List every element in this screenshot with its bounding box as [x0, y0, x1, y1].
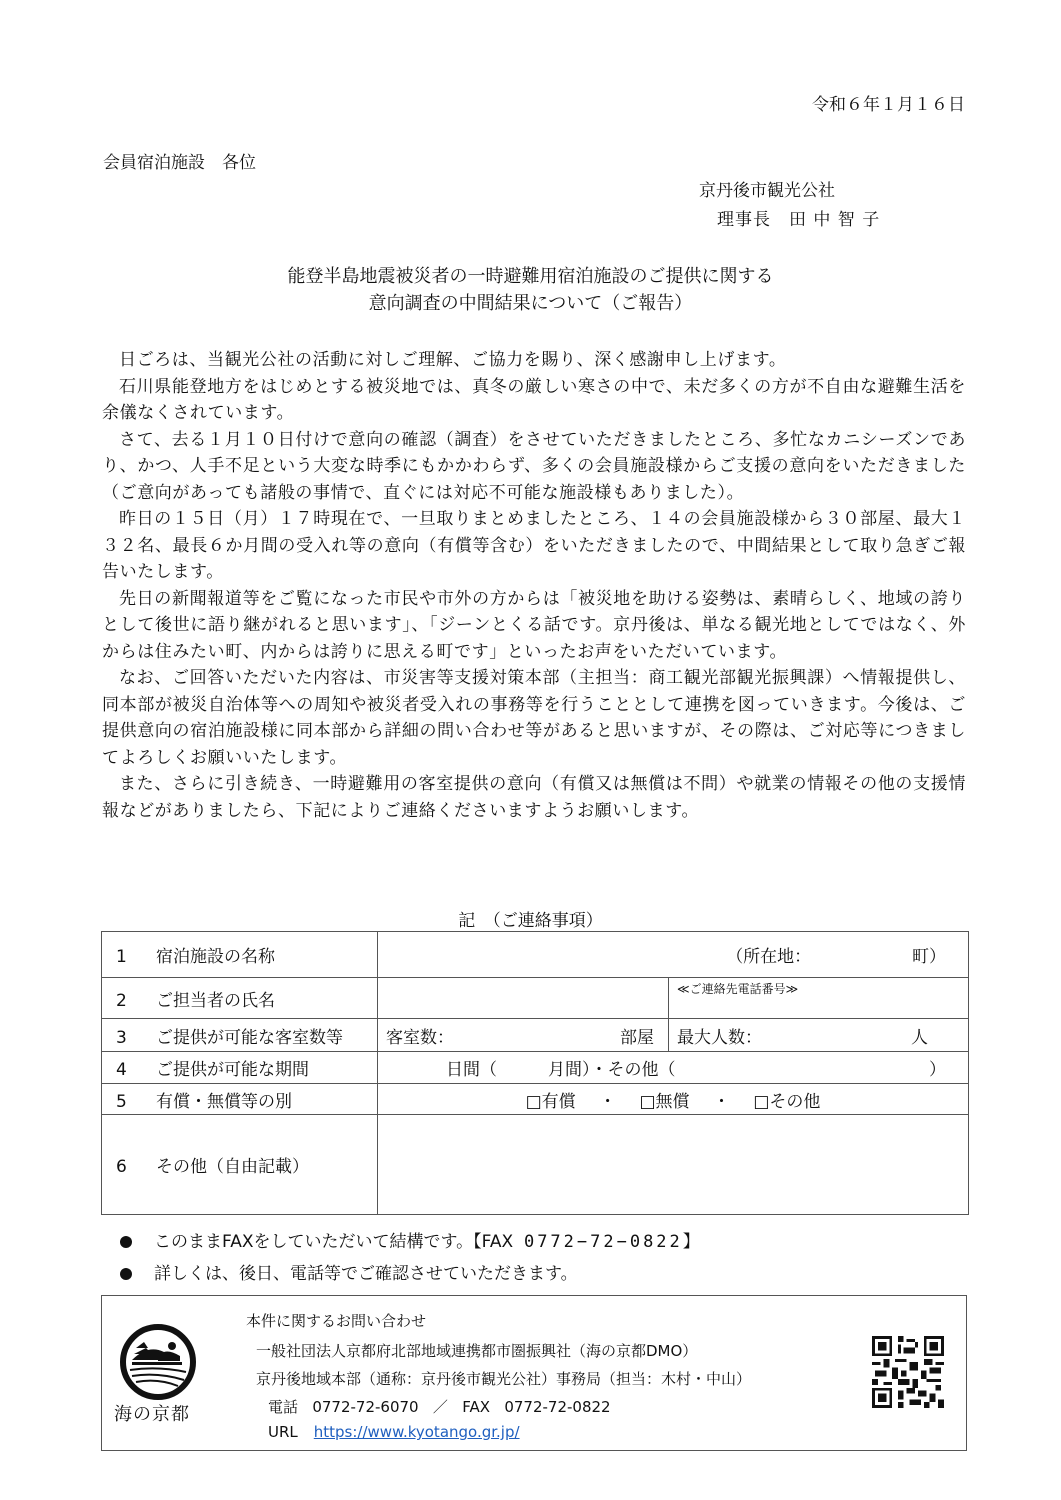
facility-name-field[interactable]: （所在地： 町）: [378, 932, 969, 978]
max-people-unit: 人: [911, 1023, 928, 1048]
period-close: ）: [929, 1055, 946, 1080]
free-text-field[interactable]: [378, 1115, 969, 1215]
fax-note: このままFAXをしていただいて結構です。【FAX 0772−72−0822】: [120, 1227, 703, 1252]
body-paragraph: また、さらに引き続き、一時避難用の客室提供の意向（有償又は無償は不問）や就業の情…: [102, 771, 966, 824]
record-heading: 記 （ご連絡事項）: [0, 906, 1061, 931]
fax-label: FAX: [462, 1398, 490, 1416]
row-label: 宿泊施設の名称: [156, 947, 275, 967]
period-text: 日間（ 月間）・その他（: [446, 1055, 676, 1080]
row-number: 5: [110, 1092, 156, 1112]
rooms-label: 客室数：: [386, 1023, 454, 1048]
option-other-checkbox[interactable]: □その他: [753, 1092, 820, 1112]
form-row-other: 6その他（自由記載）: [102, 1115, 969, 1215]
body-paragraph: 先日の新聞報道等をご覧になった市民や市外の方からは「被災地を助ける姿勢は、素晴ら…: [102, 586, 966, 666]
sender-organization: 京丹後市観光公社: [699, 176, 835, 201]
umi-no-kyoto-logo-icon: [118, 1322, 198, 1402]
rooms-field[interactable]: 客室数：部屋: [378, 1019, 669, 1052]
row-label: ご提供が可能な期間: [156, 1060, 309, 1080]
document-title-line-2: 意向調査の中間結果について（ご報告）: [0, 289, 1061, 315]
row-label: 有償・無償等の別: [156, 1092, 292, 1112]
fax-number: 0772-72-0822: [504, 1398, 610, 1416]
row-number: 1: [110, 947, 156, 967]
contact-heading: 本件に関するお問い合わせ: [246, 1310, 426, 1331]
phone-number-field[interactable]: ≪ご連絡先電話番号≫: [669, 978, 969, 1019]
location-label: （所在地：: [726, 947, 811, 967]
separator: ・: [599, 1092, 616, 1112]
contact-form-table: 1宿泊施設の名称 （所在地： 町） 2ご担当者の氏名 ≪ご連絡先電話番号≫ 3ご…: [101, 931, 969, 1215]
form-row-contact-person: 2ご担当者の氏名 ≪ご連絡先電話番号≫: [102, 978, 969, 1019]
phone-label: 電話: [268, 1398, 298, 1416]
divider: ／: [433, 1398, 448, 1416]
contact-info-box: 海の京都 本件に関するお問い合わせ 一般社団法人京都府北部地域連携都市圏振興社（…: [101, 1295, 967, 1451]
body-paragraph: 日ごろは、当観光公社の活動に対しご理解、ご協力を賜り、深く感謝申し上げます。: [102, 347, 966, 374]
bullet-icon: [120, 1236, 132, 1248]
url-label: URL: [268, 1423, 298, 1441]
document-title-line-1: 能登半島地震被災者の一時避難用宿泊施設のご提供に関する: [0, 262, 1061, 288]
phone-number: 0772-72-6070: [312, 1398, 418, 1416]
document-body: 日ごろは、当観光公社の活動に対しご理解、ご協力を賜り、深く感謝申し上げます。 石…: [102, 347, 966, 824]
option-paid-checkbox[interactable]: □有償: [526, 1092, 576, 1112]
row-label: ご提供が可能な客室数等: [156, 1028, 343, 1048]
contact-person-field[interactable]: [378, 978, 669, 1019]
phone-label: ≪ご連絡先電話番号≫: [677, 982, 798, 996]
website-link[interactable]: https://www.kyotango.gr.jp/: [314, 1423, 520, 1441]
contact-url: URLhttps://www.kyotango.gr.jp/: [268, 1423, 520, 1441]
confirm-note-text: 詳しくは、後日、電話等でご確認させていただきます。: [154, 1264, 578, 1284]
period-field[interactable]: 日間（ 月間）・その他（ ）: [378, 1052, 969, 1084]
body-paragraph: さて、去る１月１０日付けで意向の確認（調査）をさせていただきましたところ、多忙な…: [102, 427, 966, 507]
payment-options: □有償 ・ □無償 ・ □その他: [378, 1084, 969, 1115]
form-row-payment: 5有償・無償等の別 □有償 ・ □無償 ・ □その他: [102, 1084, 969, 1115]
max-people-label: 最大人数：: [677, 1023, 762, 1048]
separator: ・: [713, 1092, 730, 1112]
bullet-icon: [120, 1268, 132, 1280]
contact-phone-fax: 電話 0772-72-6070 ／ FAX 0772-72-0822: [268, 1396, 611, 1417]
row-label: ご担当者の氏名: [156, 991, 275, 1011]
qr-code-icon[interactable]: [872, 1336, 944, 1408]
document-date: 令和６年１月１６日: [812, 90, 965, 115]
confirm-note: 詳しくは、後日、電話等でご確認させていただきます。: [120, 1259, 578, 1284]
body-paragraph: 昨日の１５日（月）１７時現在で、一旦取りまとめましたところ、１４の会員施設様から…: [102, 506, 966, 586]
contact-organization: 一般社団法人京都府北部地域連携都市圏振興社（海の京都DMO）: [256, 1340, 697, 1361]
location-suffix: 町）: [912, 947, 946, 967]
row-label: その他（自由記載）: [156, 1157, 309, 1177]
body-paragraph: なお、ご回答いただいた内容は、市災害等支援対策本部（主担当：商工観光部観光振興課…: [102, 665, 966, 771]
addressee: 会員宿泊施設 各位: [103, 148, 256, 173]
fax-number: 0772−72−0822】: [524, 1232, 703, 1252]
form-row-rooms: 3ご提供が可能な客室数等 客室数：部屋 最大人数：人: [102, 1019, 969, 1052]
contact-branch: 京丹後地域本部（通称：京丹後市観光公社）事務局（担当：木村・中山）: [256, 1368, 751, 1389]
row-number: 2: [110, 991, 156, 1011]
row-number: 4: [110, 1060, 156, 1080]
body-paragraph: 石川県能登地方をはじめとする被災地では、真冬の厳しい寒さの中で、未だ多くの方が不…: [102, 374, 966, 427]
logo-caption: 海の京都: [114, 1400, 190, 1426]
rooms-unit: 部屋: [620, 1023, 654, 1048]
option-free-checkbox[interactable]: □無償: [639, 1092, 689, 1112]
form-row-period: 4ご提供が可能な期間 日間（ 月間）・その他（ ）: [102, 1052, 969, 1084]
row-number: 6: [110, 1157, 156, 1177]
row-number: 3: [110, 1028, 156, 1048]
sender-name: 理事長 田 中 智 子: [717, 205, 880, 230]
fax-note-text: このままFAXをしていただいて結構です。【FAX: [154, 1232, 513, 1252]
max-people-field[interactable]: 最大人数：人: [669, 1019, 969, 1052]
form-row-facility-name: 1宿泊施設の名称 （所在地： 町）: [102, 932, 969, 978]
